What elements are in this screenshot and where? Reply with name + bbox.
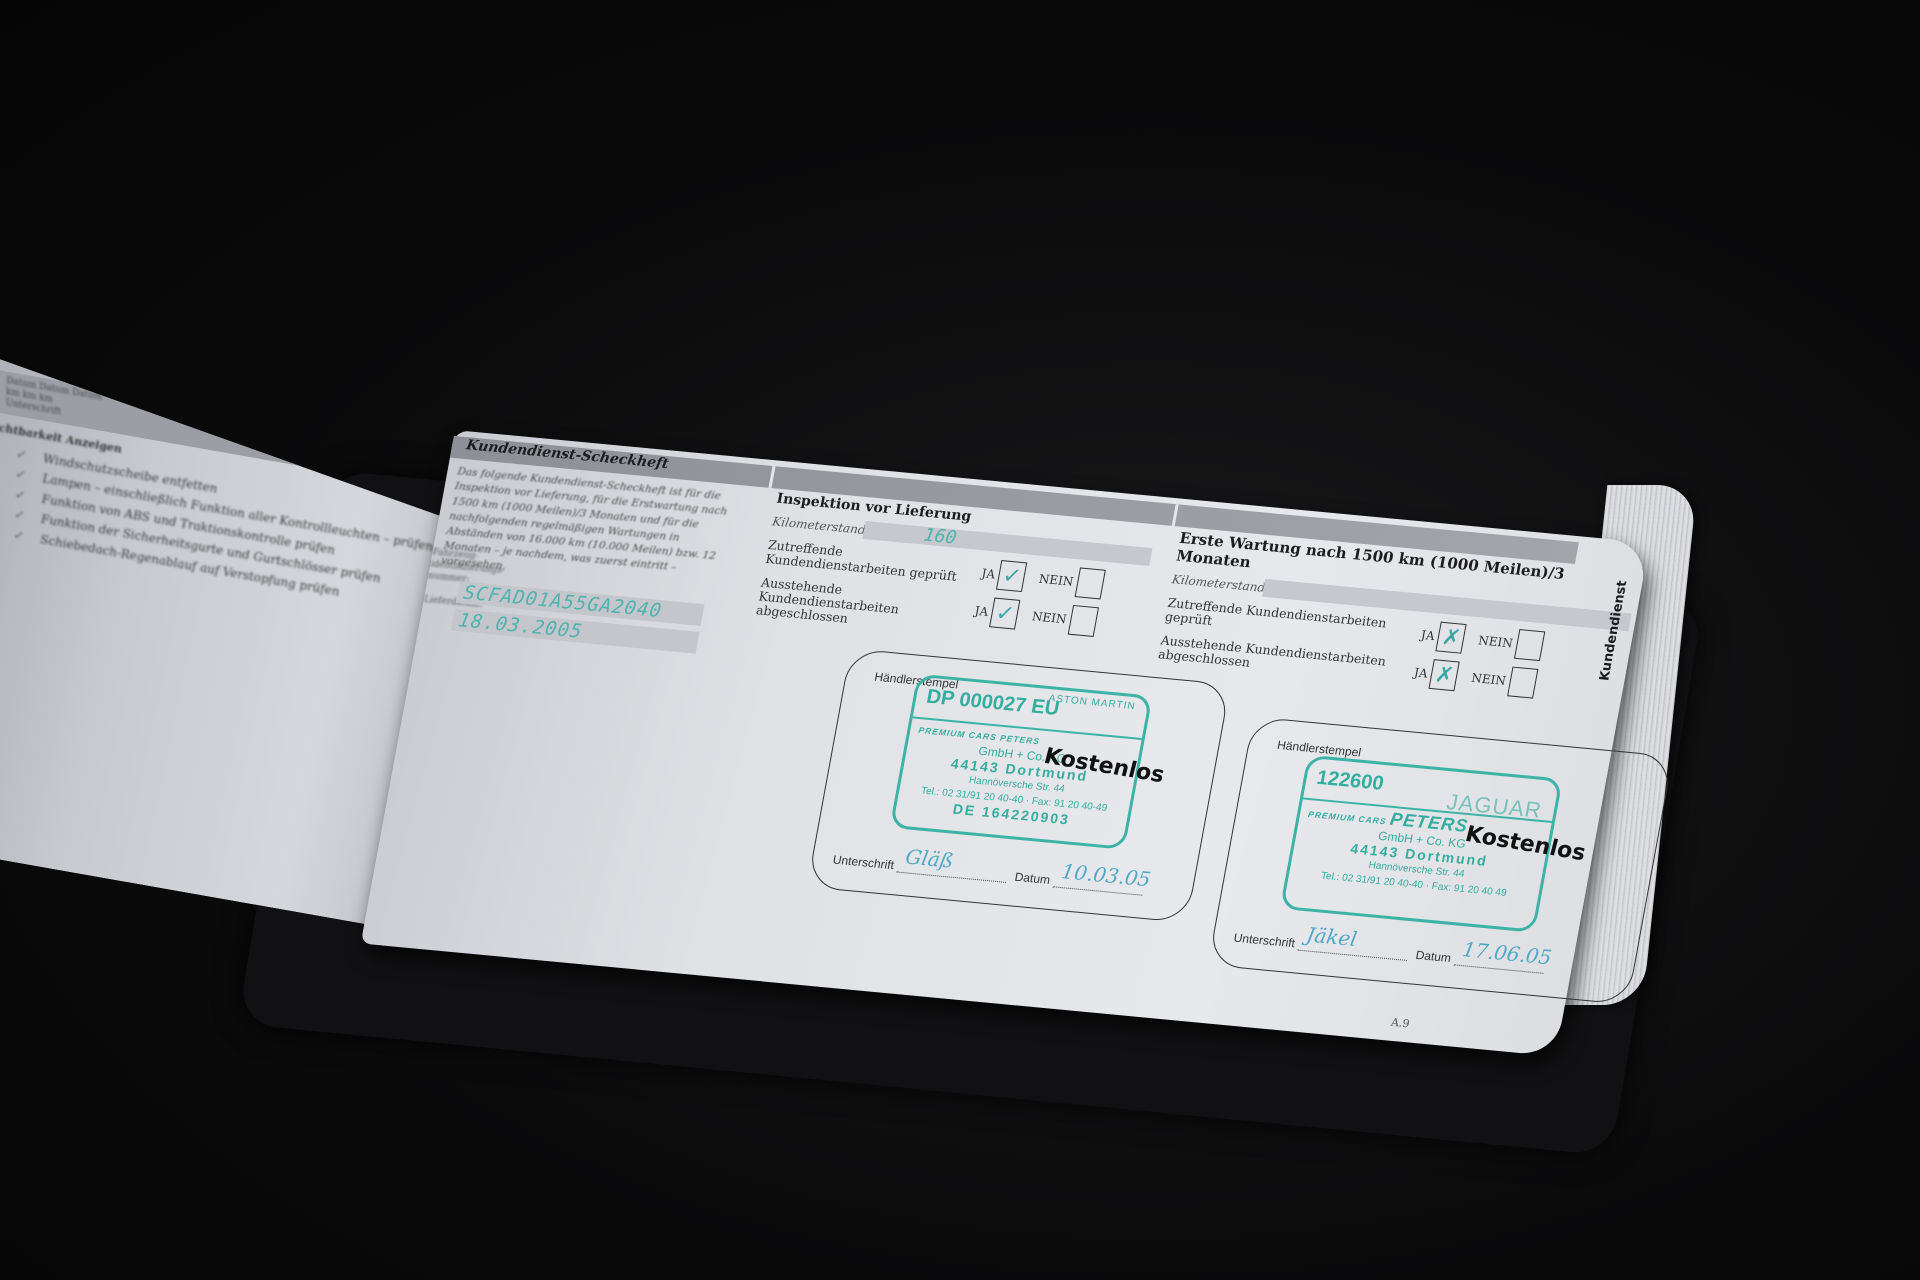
- no-checkbox[interactable]: [1068, 605, 1099, 637]
- yes-checkbox[interactable]: ✗: [1436, 622, 1467, 654]
- page-number: A.9: [1390, 1016, 1411, 1031]
- aston-martin-wings-logo: ASTON MARTIN: [1048, 693, 1137, 712]
- signature-row: UnterschriftJäkel Datum17.06.05: [1233, 931, 1614, 981]
- checklist: ✓Windschutzscheibe entfetten ✓Lampen – e…: [12, 444, 449, 621]
- date-field[interactable]: 10.03.05: [1053, 874, 1145, 895]
- signature-field[interactable]: Jäkel: [1298, 938, 1410, 961]
- signature-row: UnterschriftGläß Datum10.03.05: [832, 853, 1173, 899]
- dealer-stamp-box: Händlerstempel DP 000027 EU ASTON MARTIN…: [807, 648, 1231, 923]
- yes-checkbox[interactable]: ✗: [1429, 659, 1460, 691]
- dealer-stamp-box: Händlerstempel 122600 JAGUAR PREMIUM CAR…: [1208, 716, 1674, 1005]
- band-divider: [769, 466, 776, 488]
- yes-checkbox[interactable]: ✓: [990, 598, 1021, 630]
- date-field[interactable]: 17.06.05: [1454, 953, 1546, 974]
- no-checkbox[interactable]: [1507, 667, 1538, 699]
- signature-field[interactable]: Gläß: [897, 860, 1009, 883]
- no-checkbox[interactable]: [1075, 567, 1106, 599]
- no-checkbox[interactable]: [1514, 629, 1545, 661]
- yes-checkbox[interactable]: ✓: [996, 560, 1027, 592]
- band-divider: [1172, 504, 1179, 526]
- photo-scene: Datum Datum Datum km km km Unterschrift …: [0, 0, 1920, 1280]
